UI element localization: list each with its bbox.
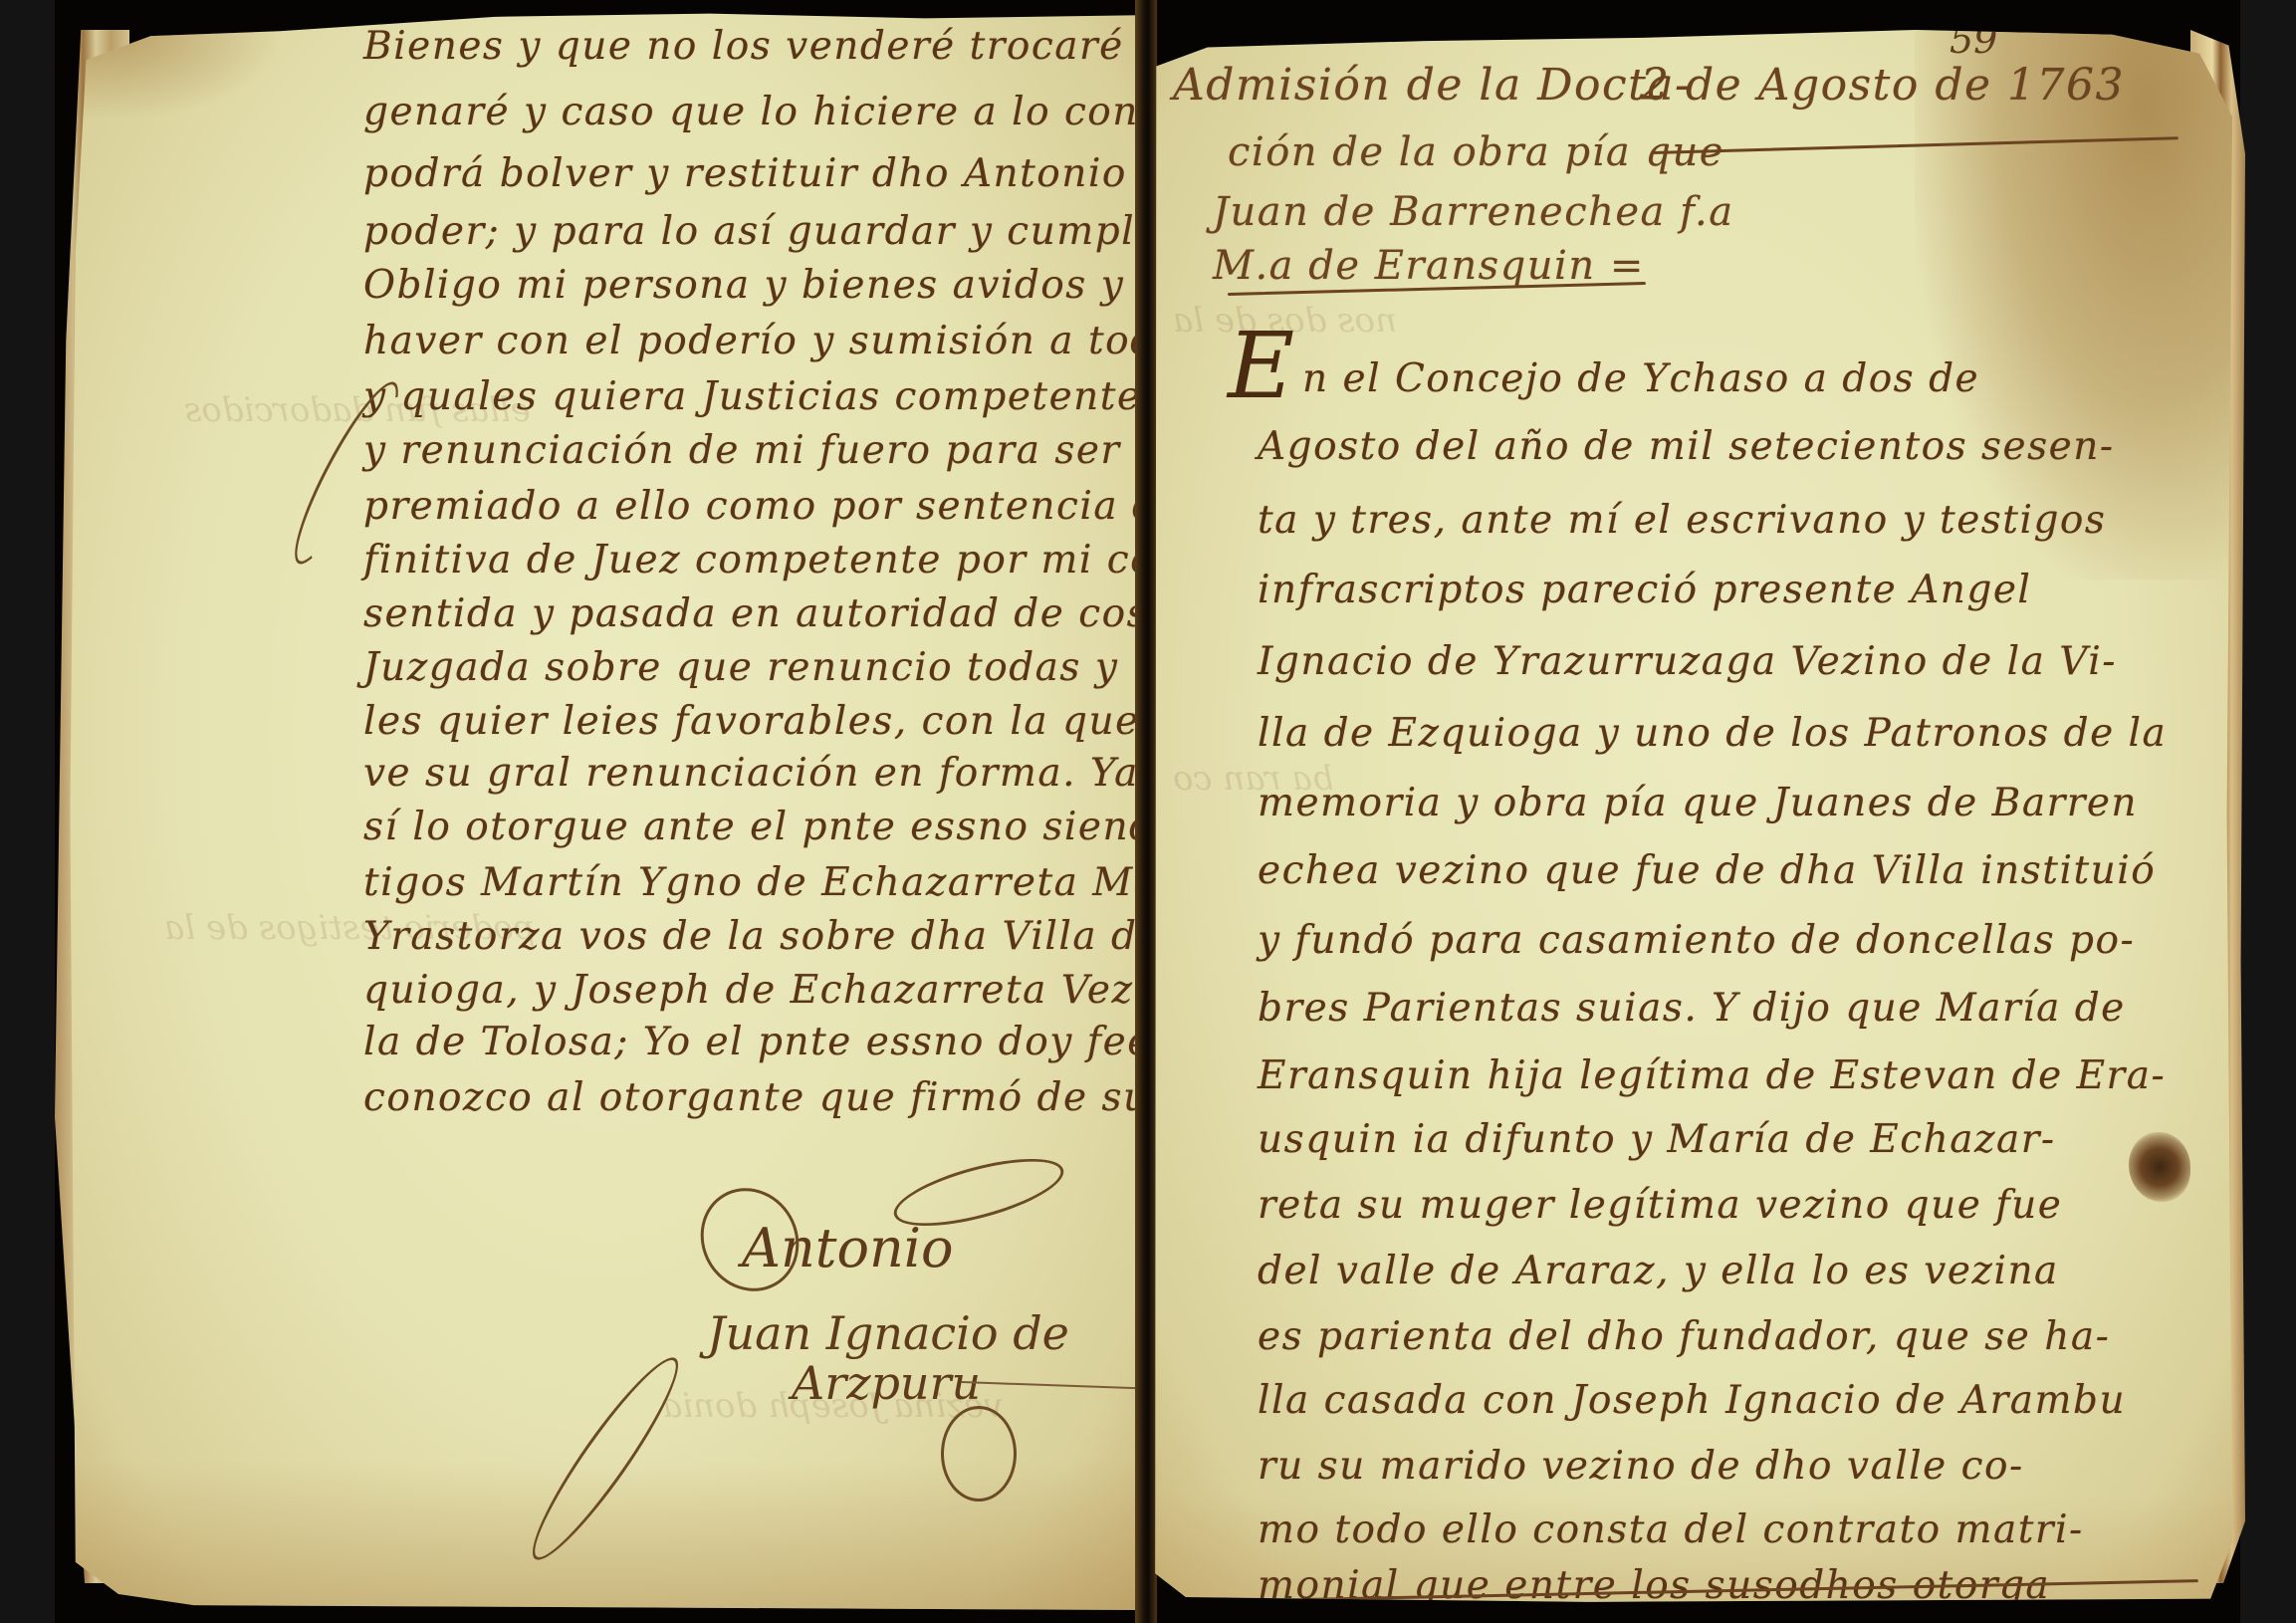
header-line: M.a de Eransquin = xyxy=(1213,243,1645,289)
manuscript-line: la de Tolosa; Yo el pnte essno doy fee, xyxy=(363,1020,1140,1064)
manuscript-line: conozco al otorgante que firmó de su nbr… xyxy=(363,1075,1140,1120)
manuscript-line: infrascriptos pareció presente Angel xyxy=(1258,568,2031,612)
manuscript-line: Juzgada sobre que renuncio todas y qua- xyxy=(363,645,1140,690)
ink-blot xyxy=(2129,1132,2190,1202)
manuscript-line: Ignacio de Yrazurruzaga Vezino de la Vi- xyxy=(1258,639,2117,684)
signature-arzpuru: Arzpuru xyxy=(792,1356,981,1410)
header-line: Juan de Barrenechea f.a xyxy=(1213,189,1734,235)
manuscript-line: genaré y caso que lo hiciere a lo contra… xyxy=(363,90,1140,134)
manuscript-line: echea vezino que fue de dha Villa instit… xyxy=(1258,848,2156,893)
manuscript-line: lla de Ezquioga y uno de los Patronos de… xyxy=(1258,711,2167,756)
manuscript-line: quioga, y Joseph de Echazarreta Vezino d… xyxy=(363,968,1140,1013)
manuscript-line: sentida y pasada en autoridad de cosa xyxy=(363,591,1140,636)
manuscript-line: les quier leies favorables, con la que p… xyxy=(363,699,1140,744)
manuscript-line: ve su gral renunciación en forma. Ya- xyxy=(363,751,1140,796)
manuscript-line: finitiva de Juez competente por mi con xyxy=(363,538,1140,582)
manuscript-line: Bienes y que no los venderé trocaré ni e… xyxy=(363,24,1140,69)
manuscript-line: bres Parientas suias. Y dijo que María d… xyxy=(1258,986,2126,1031)
signature-flourish xyxy=(887,1145,1069,1240)
signature-juan-ignacio: Juan Ignacio de xyxy=(707,1306,1069,1360)
manuscript-line: del valle de Araraz, y ella lo es vezina xyxy=(1258,1249,2059,1293)
decorated-initial: E xyxy=(1228,321,1294,412)
manuscript-line: Agosto del año de mil setecientos sesen- xyxy=(1258,424,2115,469)
manuscript-line: n el Concejo de Ychaso a dos de xyxy=(1302,356,1979,401)
signature-flourish xyxy=(941,1406,1017,1502)
manuscript-line: lla casada con Joseph Ignacio de Arambu xyxy=(1258,1378,2126,1423)
manuscript-line: sí lo otorgue ante el pnte essno siendo … xyxy=(363,805,1140,849)
manuscript-line: reta su muger legítima vezino que fue xyxy=(1258,1183,2062,1228)
manuscript-line: es parienta del dho fundador, que se ha- xyxy=(1258,1314,2110,1359)
manuscript-line: Obligo mi persona y bienes avidos y por xyxy=(363,263,1140,308)
header-title: Admisión de la Docta- xyxy=(1173,60,1691,111)
header-date: 2 de Agosto de 1763 xyxy=(1641,60,2125,111)
manuscript-line: tigos Martín Ygno de Echazarreta Mag.co xyxy=(363,860,1140,905)
right-page: nos dos de la ba ran co 59 Admisión de l… xyxy=(1153,22,2243,1605)
manuscript-line: usquin ia difunto y María de Echazar- xyxy=(1258,1117,2056,1162)
manuscript-line: y renunciación de mi fuero para ser á xyxy=(363,428,1140,473)
manuscript-line: Yrastorza vos de la sobre dha Villa de E… xyxy=(363,914,1140,959)
manuscript-line: ru su marido vezino de dho valle co- xyxy=(1258,1444,2024,1489)
left-page: ellas fun dadorcidos poderio testigos de… xyxy=(65,12,1140,1610)
manuscript-line: y quales quiera Justicias competentes, xyxy=(363,374,1140,419)
manuscript-line: poder; y para lo así guardar y cumplir xyxy=(363,209,1140,254)
manuscript-line: haver con el poderío y sumisión a todas xyxy=(363,319,1140,363)
header-line: ción de la obra pía que xyxy=(1228,129,1724,175)
manuscript-line: premiado a ello como por sentencia di- xyxy=(363,484,1140,529)
manuscript-line: ta y tres, ante mí el escrivano y testig… xyxy=(1258,498,2106,543)
manuscript-line: Eransquin hija legítima de Estevan de Er… xyxy=(1258,1053,2166,1098)
manuscript-line: y fundó para casamiento de doncellas po- xyxy=(1258,918,2135,963)
manuscript-line: podrá bolver y restituir dho Antonio a s… xyxy=(363,151,1140,196)
book-gutter xyxy=(1135,0,1157,1623)
manuscript-line: memoria y obra pía que Juanes de Barren xyxy=(1258,781,2138,825)
signature-flourish xyxy=(682,1170,817,1309)
manuscript-line: mo todo ello consta del contrato matri- xyxy=(1258,1507,2084,1552)
